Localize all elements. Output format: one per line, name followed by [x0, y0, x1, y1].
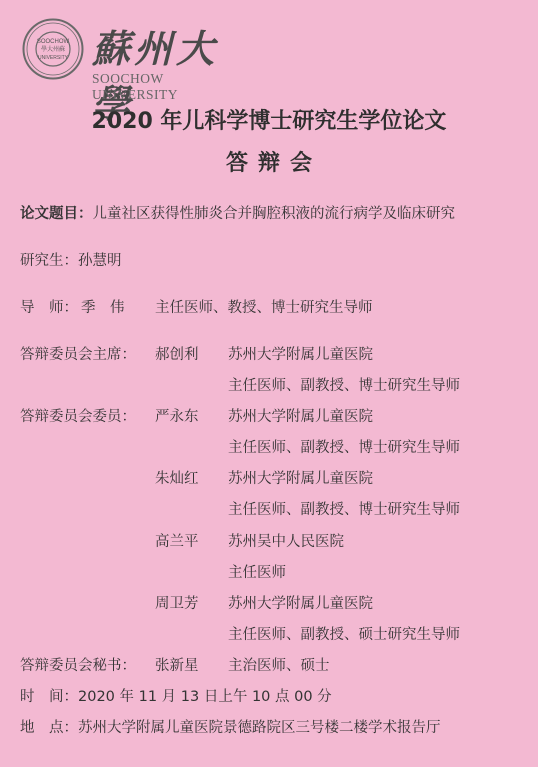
thesis-title: 儿童社区获得性肺炎合并胸腔积液的流行病学及临床研究	[93, 206, 456, 222]
member-org: 苏州大学附属儿童医院	[228, 405, 373, 426]
advisor-title: 主任医师、教授、博士研究生导师	[155, 296, 373, 317]
page-title: 2020 年儿科学博士研究生学位论文	[0, 104, 538, 135]
member-name: 高兰平	[155, 530, 199, 551]
logo-english-name: SOOCHOW UNIVERSITY	[92, 71, 252, 103]
place-row: 地 点：苏州大学附属儿童医院景德路院区三号楼二楼学术报告厅	[20, 716, 441, 737]
place-label: 地 点：	[20, 720, 78, 736]
member-title: 主任医师、副教授、博士研究生导师	[228, 436, 460, 457]
time-row: 时 间：2020 年 11 月 13 日上午 10 点 00 分	[20, 685, 332, 706]
member-name: 周卫芳	[155, 592, 199, 613]
member-title: 主任医师	[228, 561, 286, 582]
chair-title: 主任医师、副教授、博士研究生导师	[228, 374, 460, 395]
advisor-label: 导 师：	[20, 296, 78, 317]
chair-label: 答辩委员会主席：	[20, 343, 136, 364]
student-row: 研究生：孙慧明	[20, 249, 122, 270]
svg-text:學大州蘇: 學大州蘇	[41, 45, 65, 53]
time-label: 时 间：	[20, 689, 78, 705]
member-org: 苏州吴中人民医院	[228, 530, 344, 551]
secretary-name: 张新星	[155, 654, 199, 675]
page-subtitle: 答辩会	[0, 146, 538, 177]
svg-text:UNIVERSITY: UNIVERSITY	[38, 55, 69, 61]
member-name: 严永东	[155, 405, 199, 426]
thesis-row: 论文题目：儿童社区获得性肺炎合并胸腔积液的流行病学及临床研究	[20, 202, 455, 223]
member-org: 苏州大学附属儿童医院	[228, 467, 373, 488]
secretary-title: 主治医师、硕士	[228, 654, 330, 675]
chair-name: 郝创利	[155, 343, 199, 364]
secretary-label: 答辩委员会秘书：	[20, 654, 136, 675]
advisor-name: 季 伟	[81, 296, 125, 317]
university-seal-icon: SOOCHOW 學大州蘇 UNIVERSITY	[22, 18, 84, 80]
member-name: 朱灿红	[155, 467, 199, 488]
member-title: 主任医师、副教授、博士研究生导师	[228, 498, 460, 519]
member-org: 苏州大学附属儿童医院	[228, 592, 373, 613]
university-logo: SOOCHOW 學大州蘇 UNIVERSITY 蘇州大學 SOOCHOW UNI…	[22, 18, 252, 88]
student-label: 研究生：	[20, 253, 78, 269]
student-name: 孙慧明	[78, 253, 122, 269]
member-title: 主任医师、副教授、硕士研究生导师	[228, 623, 460, 644]
chair-org: 苏州大学附属儿童医院	[228, 343, 373, 364]
thesis-label: 论文题目：	[20, 206, 93, 222]
place-value: 苏州大学附属儿童医院景德路院区三号楼二楼学术报告厅	[78, 720, 441, 736]
time-value: 2020 年 11 月 13 日上午 10 点 00 分	[78, 689, 332, 705]
svg-text:SOOCHOW: SOOCHOW	[37, 39, 70, 45]
members-label: 答辩委员会委员：	[20, 405, 136, 426]
